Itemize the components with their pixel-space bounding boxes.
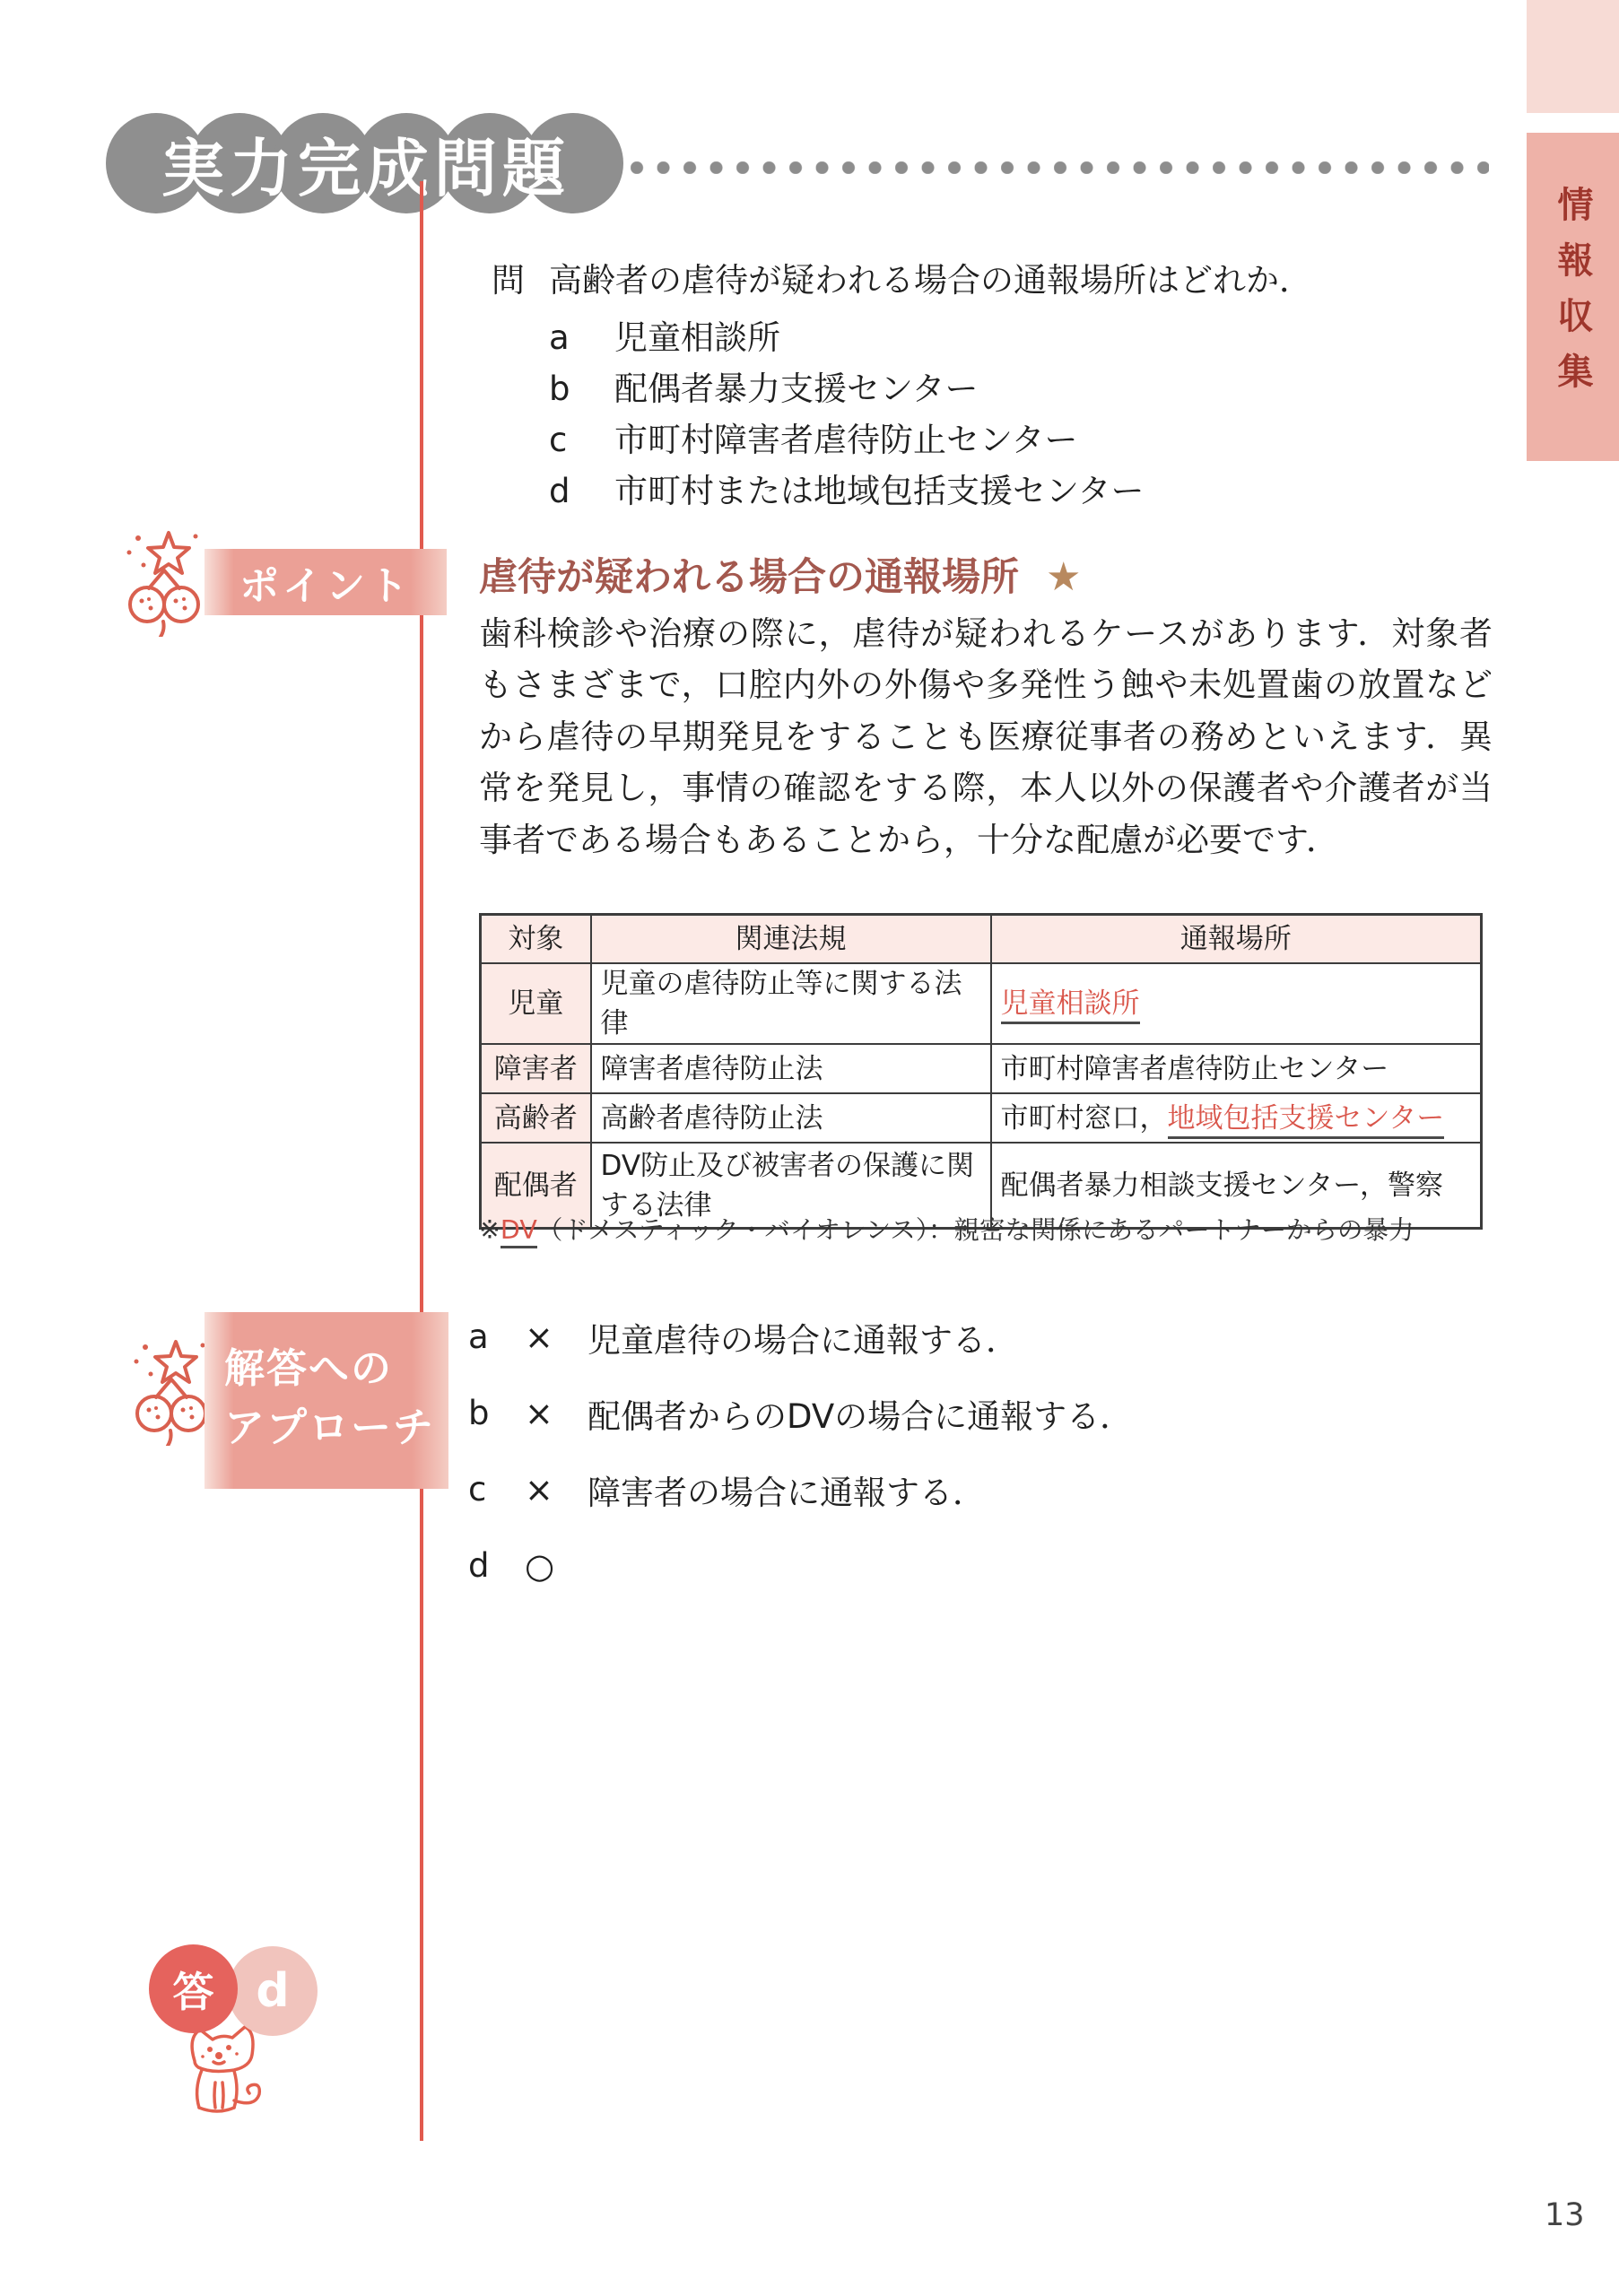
answer-text: 障害者の場合に通報する． (588, 1465, 986, 1514)
point-heading: 虐待が疑われる場合の通報場所★ (479, 547, 1081, 602)
red-divider-line (420, 181, 423, 2141)
answer-row-c: c×障害者の場合に通報する． (468, 1451, 1133, 1527)
table-cell-law: 高齢者虐待防止法 (591, 1093, 991, 1143)
report-term: 地域包括支援センター (1168, 1102, 1445, 1139)
table-cell-law: 児童の虐待防止等に関する法律 (591, 963, 991, 1044)
table-cell-report: 市町村障害者虐待防止センター (991, 1044, 1482, 1093)
circle-mark: ○ (525, 1546, 588, 1586)
option-row-a: a児童相談所 (549, 312, 1312, 363)
table-cell-target: 障害者 (481, 1044, 591, 1093)
cross-mark: × (525, 1318, 588, 1357)
answer-letter: a (468, 1318, 525, 1356)
report-plain: 市町村障害者虐待防止センター (1001, 1053, 1389, 1085)
report-location-table: 対象 関連法規 通報場所 児童 児童の虐待防止等に関する法律 児童相談所 障害者… (479, 913, 1483, 1230)
table-row-child: 児童 児童の虐待防止等に関する法律 児童相談所 (481, 963, 1482, 1044)
option-row-b: b配偶者暴力支援センター (549, 363, 1312, 414)
table-cell-target: 児童 (481, 963, 591, 1044)
approach-banner-line2: アプローチ (224, 1398, 448, 1457)
answer-letter: d (468, 1546, 525, 1585)
option-list: a児童相談所 b配偶者暴力支援センター c市町村障害者虐待防止センター d市町村… (549, 312, 1312, 517)
table-cell-report: 市町村窓口，地域包括支援センター (991, 1093, 1482, 1143)
answer-text: 配偶者からのDVの場合に通報する． (588, 1389, 1133, 1438)
table-cell-law: 障害者虐待防止法 (591, 1044, 991, 1093)
report-plain: 市町村窓口， (1001, 1102, 1168, 1135)
option-letter: b (549, 363, 614, 414)
dv-term: DV (500, 1215, 537, 1248)
table-header-report: 通報場所 (991, 915, 1482, 964)
report-plain: 配偶者暴力相談支援センター，警察 (1001, 1170, 1444, 1202)
dotted-leader-line (631, 161, 1489, 174)
option-text: 配偶者暴力支援センター (614, 370, 979, 408)
table-header-row: 対象 関連法規 通報場所 (481, 915, 1482, 964)
note-mark: ※ (479, 1215, 500, 1245)
answer-row-a: a×児童虐待の場合に通報する． (468, 1299, 1133, 1375)
cross-mark: × (525, 1394, 588, 1433)
answer-label: 答 (173, 1960, 214, 2019)
point-heading-text: 虐待が疑われる場合の通報場所 (479, 555, 1019, 600)
table-header-law: 関連法規 (591, 915, 991, 964)
table-cell-target: 高齢者 (481, 1093, 591, 1143)
question-text: 高齢者の虐待が疑われる場合の通報場所はどれか． (549, 261, 1312, 300)
answer-letter: b (468, 1394, 525, 1432)
cross-mark: × (525, 1470, 588, 1509)
answer-label-circle: 答 (149, 1944, 238, 2033)
page-number: 13 (1545, 2197, 1585, 2233)
sidebar-tab-information-gathering: 情報収集 (1527, 133, 1619, 461)
option-row-c: c市町村障害者虐待防止センター (549, 414, 1312, 465)
answer-text: 児童虐待の場合に通報する． (588, 1313, 1019, 1361)
point-banner-label: ポイント (239, 553, 412, 611)
table-header-target: 対象 (481, 915, 591, 964)
answer-row-b: b×配偶者からのDVの場合に通報する． (468, 1375, 1133, 1451)
option-letter: d (549, 465, 614, 517)
difficulty-star-icon: ★ (1046, 554, 1081, 600)
point-body-text: 歯科検診や治療の際に，虐待が疑われるケースがあります．対象者もさまざまで，口腔内… (479, 608, 1493, 865)
answer-value: d (256, 1964, 289, 2018)
option-letter: c (549, 414, 614, 465)
approach-banner-line1: 解答への (224, 1339, 448, 1398)
answer-row-d: d○ (468, 1527, 1133, 1604)
page-title: 実力完成問題 (106, 113, 626, 213)
approach-banner: 解答への アプローチ (205, 1312, 448, 1489)
question-label: 問 (492, 255, 549, 306)
question-block: 問高齢者の虐待が疑われる場合の通報場所はどれか． a児童相談所 b配偶者暴力支援… (492, 255, 1312, 517)
option-text: 児童相談所 (614, 318, 780, 357)
answer-value-circle: d (228, 1946, 318, 2036)
option-text: 市町村障害者虐待防止センター (614, 421, 1078, 459)
option-text: 市町村または地域包括支援センター (614, 472, 1145, 510)
section-title-bubble: 実力完成問題 (106, 113, 626, 213)
table-cell-report: 児童相談所 (991, 963, 1482, 1044)
table-row-elderly: 高齢者 高齢者虐待防止法 市町村窓口，地域包括支援センター (481, 1093, 1482, 1143)
report-term: 児童相談所 (1001, 987, 1140, 1024)
dv-footnote: ※DV（ドメスティック・バイオレンス）：親密な関係にあるパートナーからの暴力 (479, 1210, 1414, 1247)
note-text: （ドメスティック・バイオレンス）：親密な関係にあるパートナーからの暴力 (537, 1215, 1414, 1245)
option-row-d: d市町村または地域包括支援センター (549, 465, 1312, 517)
answer-letter: c (468, 1470, 525, 1509)
book-page: 情報収集 実力完成問題 問高齢者の虐待が疑われる場合の通報場所はどれか． a児童… (0, 0, 1619, 2296)
table-row-disabled: 障害者 障害者虐待防止法 市町村障害者虐待防止センター (481, 1044, 1482, 1093)
sidebar-tab-label: 情報収集 (1547, 186, 1598, 408)
answer-explanations: a×児童虐待の場合に通報する． b×配偶者からのDVの場合に通報する． c×障害… (468, 1299, 1133, 1604)
option-letter: a (549, 312, 614, 363)
point-banner: ポイント (205, 549, 447, 615)
margin-corner-block (1527, 0, 1619, 113)
